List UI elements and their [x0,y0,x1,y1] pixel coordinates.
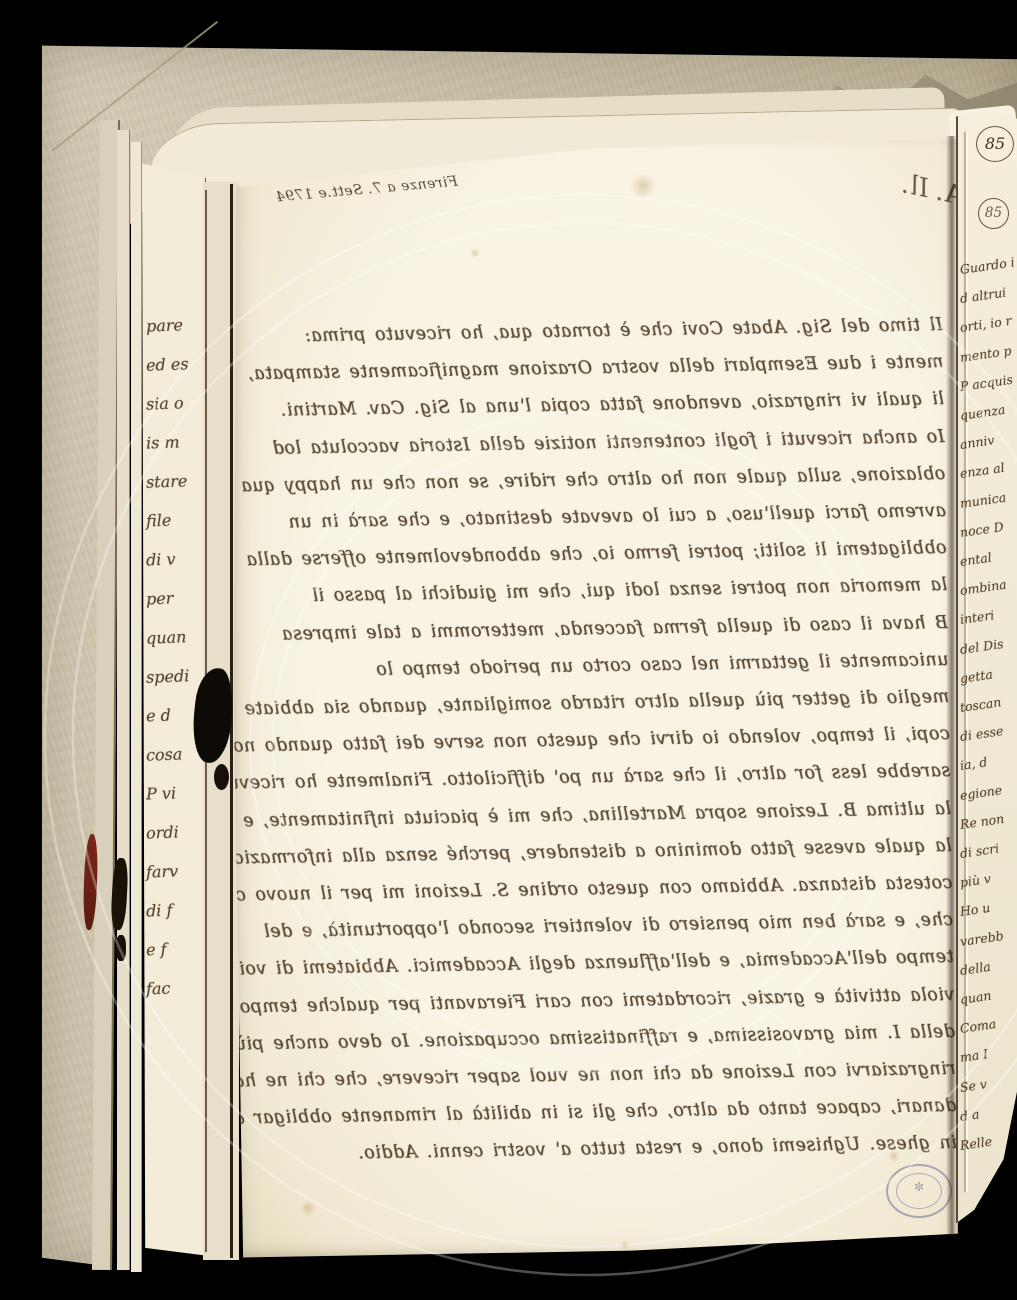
handwriting-fragment: varebb [959,928,1005,949]
handwriting-fragment: di v [146,549,176,569]
handwriting-line: la ultima B. Lezione sopra Martellina, c… [243,800,952,830]
handwriting-line: danari, capace tanto da altro, che gli s… [177,1098,957,1129]
handwriting-fragment: della [959,959,992,978]
foxing-spot [888,1150,900,1162]
foxing-spot [470,248,480,258]
stamp-emblem: ✼ [886,1180,952,1194]
handwriting-line: la quale avesse fatto dominino a distend… [210,838,952,868]
next-page-line-starts: Guardo id altruiorti, io rmento pP acqui… [956,112,1017,1238]
handwriting-fragment: Relle [959,1134,993,1153]
handwriting-fragment: stare [146,471,188,491]
handwriting-fragment: e f [146,940,167,960]
ink-blot [214,764,229,790]
handwriting-fragment: enza al [959,460,1006,481]
handwriting-fragment: anniv [959,432,995,452]
handwriting-line: copi, il tempo, volendo io dirvi che que… [221,726,950,756]
handwriting-fragment: di esse [959,723,1004,744]
handwriting-line: B hava il caso di quella ferma faccenda,… [282,615,948,644]
handwriting-line: la memoria non potrei senza lodi qui, ch… [312,577,947,606]
handwriting-fragment: fac [146,979,171,999]
handwriting-line: in ghese. Ughisemi dono, e resta tutto a… [358,1135,957,1163]
page-gap-shadow [946,136,956,1236]
handwriting-fragment: is m [146,432,180,452]
handwriting-fragment: cosa [146,744,183,764]
handwriting-fragment: orti, io r [959,313,1013,335]
handwriting-fragment: ordi [146,822,179,842]
handwriting-line: obbligatemi li soliti; potrei fermo io, … [246,540,947,570]
handwriting-fragment: e d [146,706,171,726]
handwriting-fragment: quan [146,627,187,647]
handwriting-fragment: quenza [959,402,1006,423]
handwriting-line: meglio di getter più quella altro ritard… [244,689,949,719]
handwriting-fragment: Re non [959,811,1005,832]
manuscript-photo: pareed essia ois mstarefiledi vperquansp… [0,0,1017,1300]
handwriting-fragment: toscan [959,694,1002,715]
handwriting-line: cotesta distanza. Abbiamo con questo ord… [213,875,953,905]
mirrored-handwritten-text: Il timo del Sig. Abate Covi che è tornat… [242,299,957,1191]
handwriting-fragment: per [146,589,174,609]
handwriting-line: unicamente il gettarmi nel caso corto un… [376,652,949,679]
handwriting-fragment: di scri [959,841,1000,861]
handwriting-fragment: d altrui [959,285,1007,306]
page-stack-edge [117,130,130,1270]
handwriting-line: viola attività e grazie, ricordatemi con… [239,986,954,1016]
handwriting-fragment: ombina [959,577,1008,598]
handwriting-line: della I. mia gravosissima, e raffinatiss… [234,1024,955,1054]
handwriting-fragment: Se v [959,1076,988,1095]
handwriting-fragment: di f [146,901,173,921]
handwriting-line: avremo farci quell'uso, a cui lo avevate… [288,503,946,532]
handwriting-fragment: egione [959,782,1003,803]
handwriting-fragment: interi [959,608,995,628]
next-page-edge: 85 85 Guardo id altruiorti, io rmento pP… [956,112,1017,1238]
handwriting-fragment: noce D [959,519,1005,540]
handwriting-fragment: mento p [959,342,1012,364]
foxing-spot [300,1200,316,1216]
foxing-spot [925,1246,939,1260]
handwriting-fragment: d a [959,1106,980,1124]
handwriting-fragment: ental [959,550,993,569]
handwriting-fragment: ma I [959,1047,989,1066]
handwriting-fragment: file [146,511,172,531]
handwriting-fragment: farv [146,861,179,881]
handwriting-fragment: del Dis [959,636,1004,657]
handwriting-line: mente i due Esemplari della vostra Orazi… [248,354,944,384]
handwriting-line: sarebbe less for altro, il che sarà un p… [209,763,951,793]
archive-stamp-icon: ✼ [886,1164,952,1218]
handwriting-fragment: ed es [146,354,189,374]
handwriting-line: che, e sarà ben mio pensiero di volentie… [264,912,954,942]
manuscript-page: Firenze a 7. Sett.e 1794 A. Il. Il timo … [230,128,960,1262]
handwriting-fragment: Guardo i [959,254,1016,277]
foxing-spot [620,1240,630,1250]
handwriting-fragment: sia o [146,393,184,413]
ink-smudge [116,935,126,961]
handwriting-line: li quali vi ringrazio, avendone fatta co… [280,391,944,420]
handwriting-fragment: spedi [146,666,190,686]
handwriting-fragment: Coma [959,1016,997,1036]
handwriting-fragment: ia, d [959,755,988,774]
handwriting-line: tempo dell'Accademia, e dell'affluenza d… [195,949,954,980]
handwriting-fragment: getta [959,666,994,685]
handwriting-line: ringraziarvi con Lezione da chi non ne v… [233,1061,956,1091]
handwriting-fragment: Ho u [959,900,991,919]
handwriting-fragment: pare [146,315,184,335]
handwriting-fragment: P vi [146,783,177,803]
foxing-spot [630,173,656,199]
handwriting-fragment: più v [959,871,992,890]
handwriting-line: oblazione, sulla quale non ho altro che … [241,466,946,496]
page-stack-edge [131,142,142,1272]
handwriting-line: Io ancha ricevuti i fogli contenenti not… [272,429,945,458]
handwriting-fragment: munica [959,489,1007,510]
handwriting-line: Il timo del Sig. Abate Covi che è tornat… [304,317,943,346]
handwriting-fragment: quan [959,988,992,1007]
handwriting-fragment: P acquis [959,371,1014,393]
